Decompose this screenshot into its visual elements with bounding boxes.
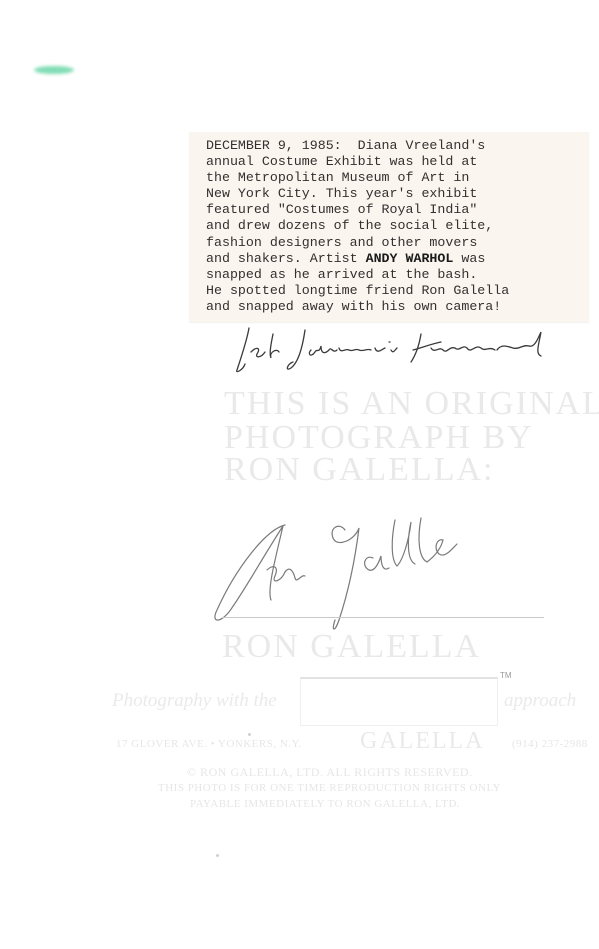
stamp-photographer-name: RON GALELLA xyxy=(222,628,481,666)
stamp-logo-box xyxy=(300,677,498,726)
typed-caption-label: DECEMBER 9, 1985: Diana Vreeland's annua… xyxy=(189,132,589,322)
handwritten-note: Jed Johnson in background xyxy=(235,324,595,376)
stamp-phone: (914) 237-2988 xyxy=(512,738,588,750)
stamp-line-3: RON GALELLA: xyxy=(224,451,494,489)
stamp-terms: THIS PHOTO IS FOR ONE TIME REPRODUCTION … xyxy=(158,782,501,794)
paper-speck xyxy=(216,854,219,857)
stamp-copyright: © RON GALELLA, LTD. ALL RIGHTS RESERVED. xyxy=(187,765,473,780)
stamp-speck xyxy=(248,733,251,736)
stamp-line-1: THIS IS AN ORIGINAL xyxy=(224,385,599,423)
stamp-tagline-left: Photography with the xyxy=(112,690,277,712)
signature-line xyxy=(222,617,544,618)
stamp-address: 17 GLOVER AVE. • YONKERS, N.Y. xyxy=(116,738,302,750)
subject-name: ANDY WARHOL xyxy=(366,251,454,266)
caption-text: DECEMBER 9, 1985: Diana Vreeland's annua… xyxy=(206,138,509,315)
photographer-signature: Ron Galella xyxy=(205,500,525,635)
stamp-address-center: GALELLA xyxy=(360,728,485,755)
stamp-tagline-right: approach xyxy=(504,690,576,712)
trademark-mark: TM xyxy=(500,671,512,680)
stamp-payable: PAYABLE IMMEDIATELY TO RON GALELLA, LTD. xyxy=(190,798,460,810)
green-marker-smudge xyxy=(34,66,74,74)
